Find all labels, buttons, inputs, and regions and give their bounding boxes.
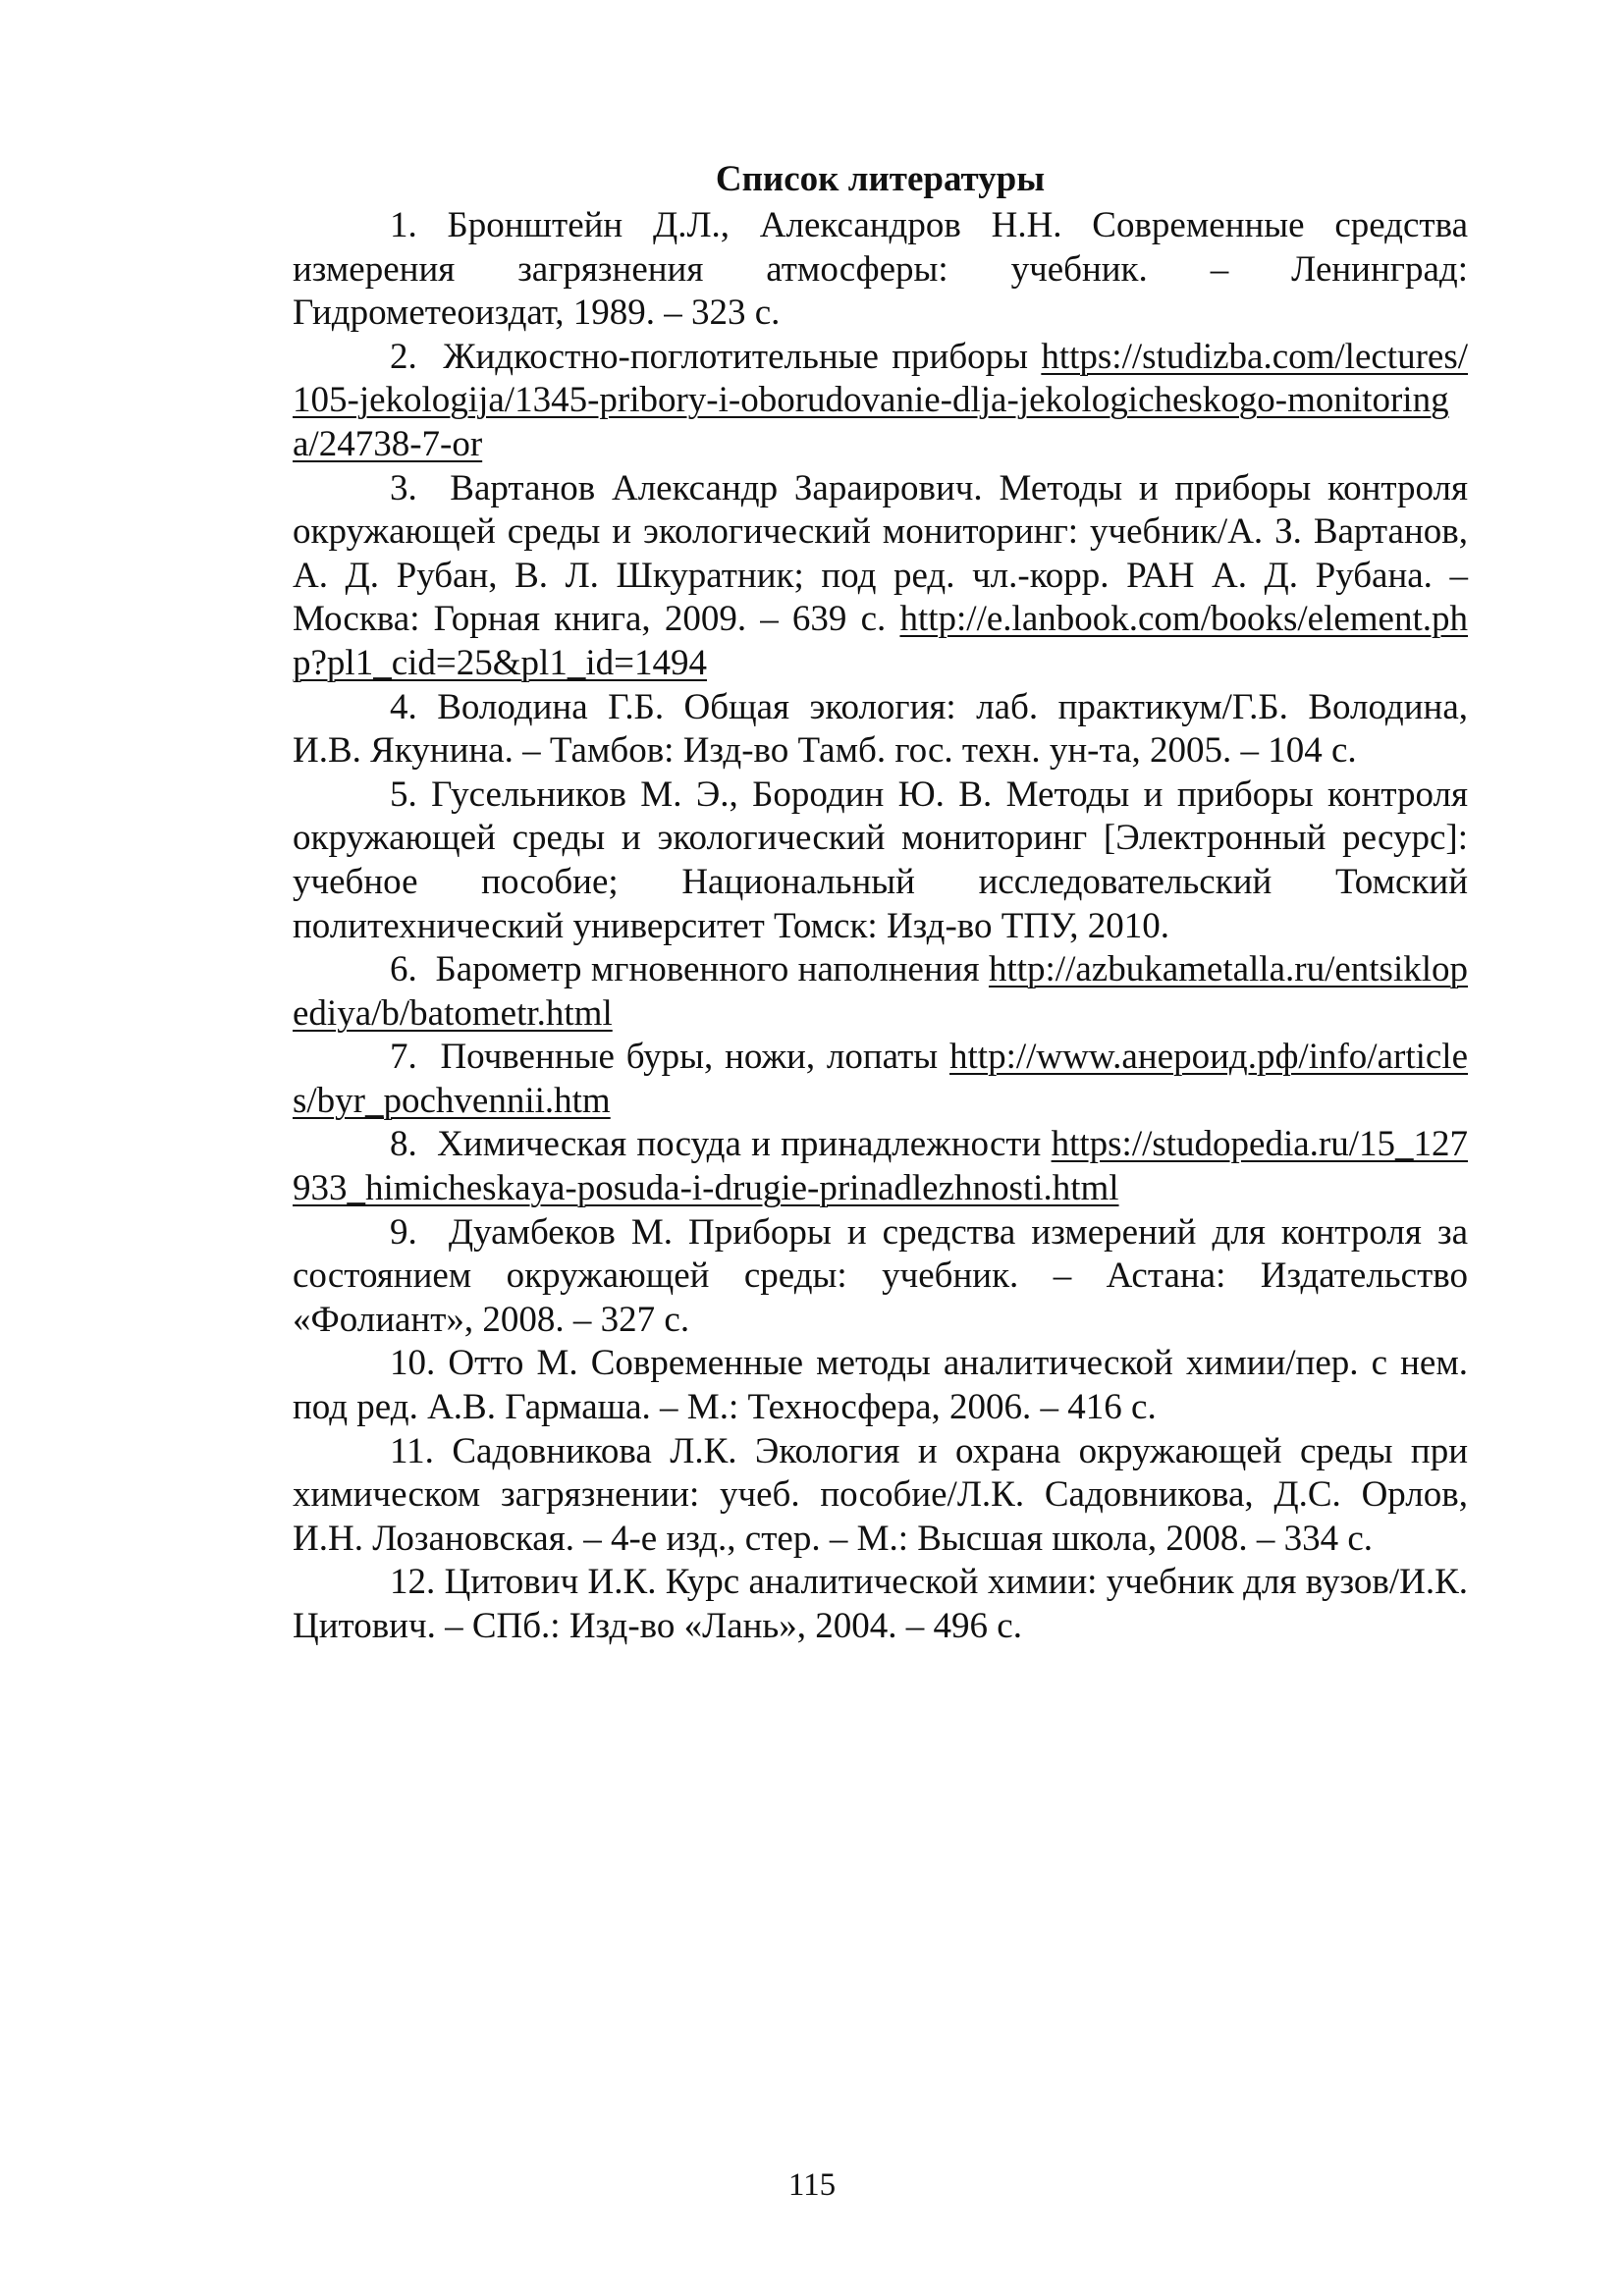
document-page: Список литературы 1. Бронштейн Д.Л., Але… bbox=[293, 155, 1468, 1649]
reference-number: 11. bbox=[390, 1431, 434, 1471]
reference-text: Дуамбеков М. Приборы и средства измерени… bbox=[293, 1212, 1468, 1340]
reference-number: 12. bbox=[390, 1562, 435, 1602]
reference-item-11: 11. Садовникова Л.К. Экология и охрана о… bbox=[293, 1430, 1468, 1562]
reference-number: 5. bbox=[390, 774, 417, 815]
page-number: 115 bbox=[0, 2167, 1624, 2204]
reference-number: 8. bbox=[390, 1124, 417, 1164]
reference-text: Отто М. Современные методы аналитической… bbox=[293, 1343, 1468, 1427]
reference-number: 3. bbox=[390, 468, 417, 508]
reference-number: 2. bbox=[390, 337, 417, 377]
reference-text: Цитович И.К. Курс аналитической химии: у… bbox=[293, 1562, 1468, 1646]
reference-item-7: 7. Почвенные буры, ножи, лопаты http://w… bbox=[293, 1036, 1468, 1123]
page-title: Список литературы bbox=[293, 155, 1468, 204]
reference-item-12: 12. Цитович И.К. Курс аналитической хими… bbox=[293, 1561, 1468, 1648]
reference-number: 6. bbox=[390, 949, 417, 989]
reference-number: 9. bbox=[390, 1212, 417, 1253]
reference-item-6: 6. Барометр мгновенного наполнения http:… bbox=[293, 948, 1468, 1036]
reference-item-5: 5. Гусельников М. Э., Бородин Ю. В. Мето… bbox=[293, 774, 1468, 948]
reference-item-4: 4. Володина Г.Б. Общая экология: лаб. пр… bbox=[293, 686, 1468, 774]
reference-text: Володина Г.Б. Общая экология: лаб. практ… bbox=[293, 687, 1468, 772]
reference-text: Барометр мгновенного наполнения bbox=[436, 949, 980, 989]
reference-item-1: 1. Бронштейн Д.Л., Александров Н.Н. Совр… bbox=[293, 204, 1468, 336]
reference-text: Химическая посуда и принадлежности bbox=[437, 1124, 1041, 1164]
reference-item-9: 9. Дуамбеков М. Приборы и средства измер… bbox=[293, 1211, 1468, 1343]
reference-item-8: 8. Химическая посуда и принадлежности ht… bbox=[293, 1123, 1468, 1210]
reference-text: Почвенные буры, ножи, лопаты bbox=[440, 1037, 938, 1077]
reference-text: Бронштейн Д.Л., Александров Н.Н. Совреме… bbox=[293, 205, 1468, 333]
reference-number: 1. bbox=[390, 205, 417, 245]
reference-text: Жидкостно-поглотительные приборы bbox=[443, 337, 1028, 377]
reference-item-3: 3. Вартанов Александр Зараирович. Методы… bbox=[293, 467, 1468, 686]
reference-item-2: 2. Жидкостно-поглотительные приборы http… bbox=[293, 336, 1468, 467]
reference-item-10: 10. Отто М. Современные методы аналитиче… bbox=[293, 1342, 1468, 1429]
reference-text: Садовникова Л.К. Экология и охрана окруж… bbox=[293, 1431, 1468, 1559]
reference-number: 10. bbox=[390, 1343, 435, 1383]
reference-text: Гусельников М. Э., Бородин Ю. В. Методы … bbox=[293, 774, 1468, 946]
reference-number: 4. bbox=[390, 687, 417, 727]
reference-number: 7. bbox=[390, 1037, 417, 1077]
